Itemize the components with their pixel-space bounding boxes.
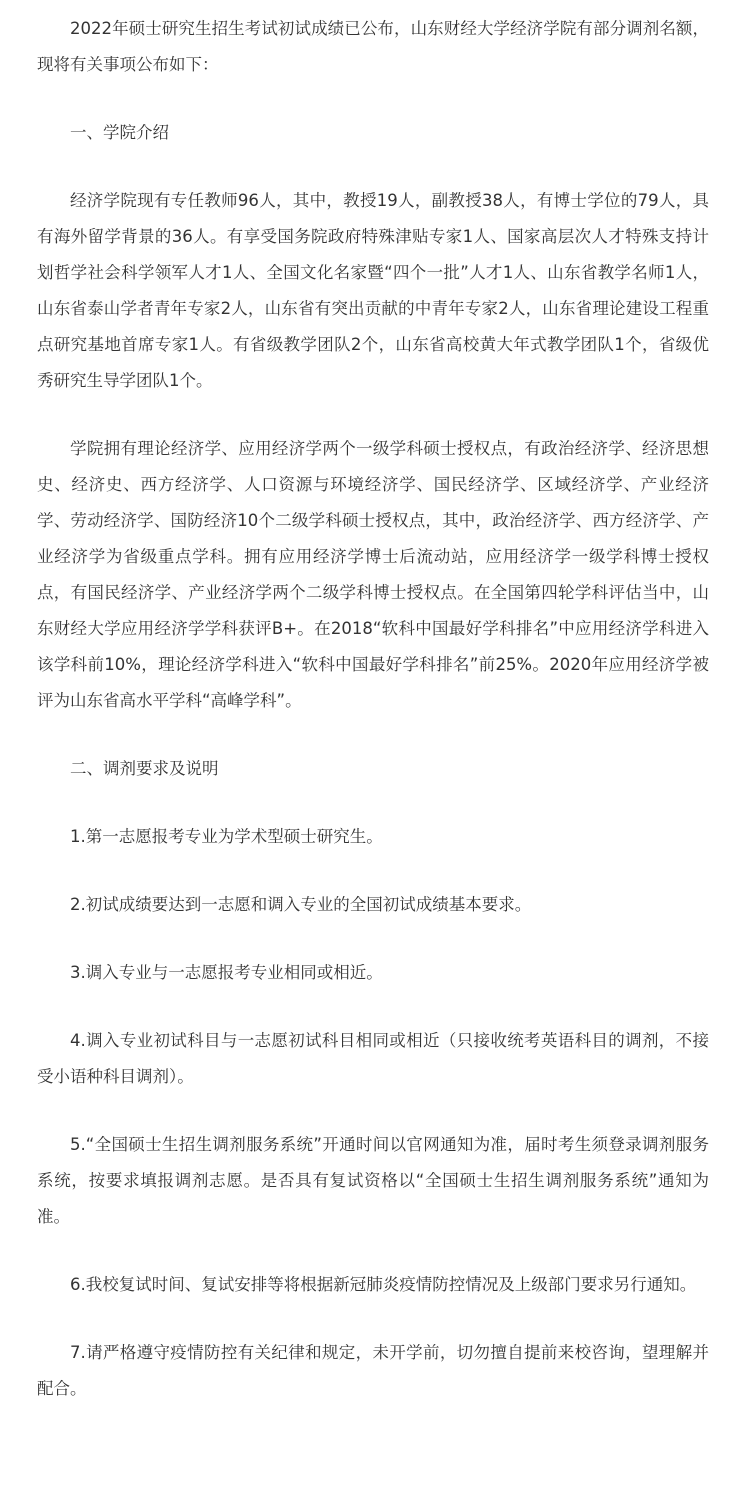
requirement-item-4: 4.调入专业初试科目与一志愿初试科目相同或相近（只接收统考英语科目的调剂，不接受…	[37, 1023, 709, 1095]
faculty-paragraph: 经济学院现有专任教师96人，其中，教授19人，副教授38人，有博士学位的79人，…	[37, 183, 709, 399]
intro-paragraph: 2022年硕士研究生招生考试初试成绩已公布，山东财经大学经济学院有部分调剂名额，…	[37, 11, 709, 83]
requirement-item-1: 1.第一志愿报考专业为学术型硕士研究生。	[37, 819, 709, 855]
requirement-item-7: 7.请严格遵守疫情防控有关纪律和规定，未开学前，切勿擅自提前来校咨询，望理解并配…	[37, 1335, 709, 1407]
requirement-item-3: 3.调入专业与一志愿报考专业相同或相近。	[37, 955, 709, 991]
requirement-item-2: 2.初试成绩要达到一志愿和调入专业的全国初试成绩基本要求。	[37, 887, 709, 923]
disciplines-paragraph: 学院拥有理论经济学、应用经济学两个一级学科硕士授权点，有政治经济学、经济思想史、…	[37, 431, 709, 719]
section-heading-college-intro: 一、学院介绍	[37, 115, 709, 151]
requirement-item-6: 6.我校复试时间、复试安排等将根据新冠肺炎疫情防控情况及上级部门要求另行通知。	[37, 1267, 709, 1303]
requirement-item-5: 5.“全国硕士生招生调剂服务系统”开通时间以官网通知为准，届时考生须登录调剂服务…	[37, 1127, 709, 1235]
section-heading-requirements: 二、调剂要求及说明	[37, 751, 709, 787]
document-body: 2022年硕士研究生招生考试初试成绩已公布，山东财经大学经济学院有部分调剂名额，…	[0, 0, 735, 1407]
